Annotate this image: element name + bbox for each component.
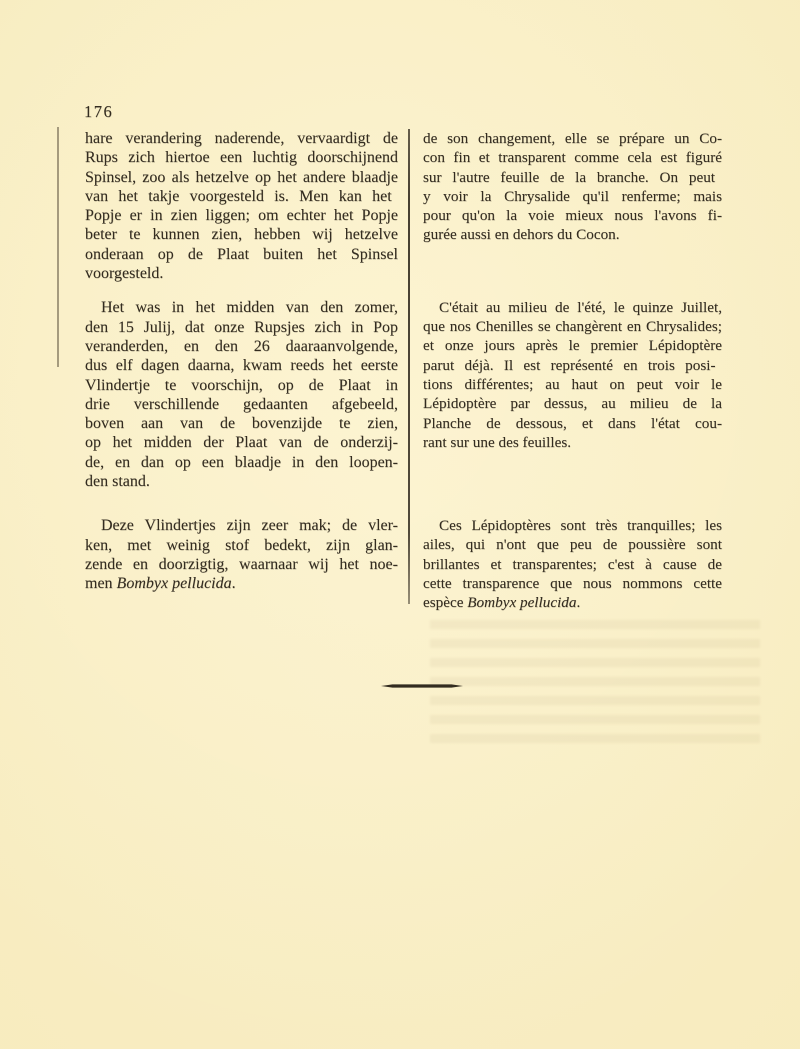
text-line: onderaan op de Plaat buiten het Spinsel [85,245,398,264]
text-segment: y voir la Chrysalide qu'il renferme; mai… [423,188,722,205]
text-line-content: parut déjà. Il est représenté en trois p… [423,356,716,375]
text-line-content: de, en dan op een blaadje in den loopen- [85,453,398,472]
text-line: y voir la Chrysalide qu'il renferme; mai… [423,187,722,206]
text-segment: beter te kunnen zien, hebben wij hetzelv… [85,226,398,243]
text-line-content: sur l'autre feuille de la branche. On pe… [423,168,715,187]
text-segment: boven aan van de bovenzijde te zien, [85,415,398,432]
text-segment: van het takje voorgesteld is. Men kan he… [85,188,392,205]
text-line-content: Spinsel, zoo als hetzelve op het andere … [85,168,398,187]
text-segment: Ces Lépidoptères sont très tranquilles; … [439,517,722,534]
text-line: boven aan van de bovenzijde te zien, [85,414,398,433]
text-line-content: Deze Vlindertjes zijn zeer mak; de vler- [101,516,398,535]
text-line-content: onderaan op de Plaat buiten het Spinsel [85,245,398,264]
text-segment: gurée aussi en dehors du Cocon. [423,226,620,243]
text-line-content: Popje er in zien liggen; om echter het P… [85,206,398,225]
text-segment: Vlindertje te voorschijn, op de Plaat in [85,377,398,394]
text-line: de, en dan op een blaadje in den loopen- [85,453,398,472]
text-line: Ces Lépidoptères sont très tranquilles; … [423,516,722,535]
text-line: gurée aussi en dehors du Cocon. [423,225,722,244]
text-line: Rups zich hiertoe een luchtig doorschijn… [85,148,398,167]
text-segment: con fin et transparent comme cela est fi… [423,149,722,166]
text-segment: espèce [423,594,467,611]
text-segment: tions différentes; au haut on peut voir … [423,376,722,393]
text-line: Planche de dessous, et dans l'état cou- [423,414,722,433]
text-line-content: et onze jours après le premier Lépidoptè… [423,336,722,355]
text-line: beter te kunnen zien, hebben wij hetzelv… [85,225,398,244]
text-segment: C'était au milieu de l'été, le quinze Ju… [439,299,722,316]
text-line-content: brillantes et transparentes; c'est à cau… [423,555,722,574]
text-line: et onze jours après le premier Lépidoptè… [423,336,722,355]
text-line: ken, met weinig stof bedekt, zijn glan- [85,536,398,555]
text-line-content: cette transparence que nous nommons cett… [423,574,722,593]
text-segment: et onze jours après le premier Lépidoptè… [423,337,722,354]
text-line: veranderden, en den 26 daaraanvolgende, [85,337,398,356]
text-line-content: zende en doorzigtig, waarnaar wij het no… [85,555,398,574]
text-segment: de son changement, elle se prépare un Co… [423,130,722,147]
text-line: Popje er in zien liggen; om echter het P… [85,206,398,225]
text-line: sur l'autre feuille de la branche. On pe… [423,168,722,187]
text-segment: Het was in het midden van den zomer, [101,299,398,316]
text-line: op het midden der Plaat van de onderzij- [85,433,398,452]
text-line-content: espèce Bombyx pellucida. [423,593,580,612]
text-segment: men [85,575,117,592]
text-segment: sur l'autre feuille de la branche. On pe… [423,169,715,186]
text-line: Spinsel, zoo als hetzelve op het andere … [85,168,398,187]
text-line-content: Planche de dessous, et dans l'état cou- [423,414,722,433]
paragraph: hare verandering naderende, vervaardigt … [85,129,398,283]
text-segment: rant sur une des feuilles. [423,434,571,451]
french-text-column: de son changement, elle se prépare un Co… [423,129,722,613]
paragraph: Het was in het midden van den zomer,den … [85,298,398,491]
scanned-book-page: 176 hare verandering naderende, vervaard… [0,0,800,1049]
text-line-content: beter te kunnen zien, hebben wij hetzelv… [85,225,398,244]
text-line-content: dus elf dagen daarna, kwam reeds het eer… [85,356,398,375]
text-line-content: boven aan van de bovenzijde te zien, [85,414,398,433]
scan-artifact-line [57,127,59,367]
text-line: den 15 Julij, dat onze Rupsjes zich in P… [85,318,398,337]
text-line: hare verandering naderende, vervaardigt … [85,129,398,148]
text-line: den stand. [85,472,398,491]
species-name-italic: Bombyx pellucida [467,594,576,611]
text-line: parut déjà. Il est représenté en trois p… [423,356,722,375]
text-line: Het was in het midden van den zomer, [85,298,398,317]
text-segment: que nos Chenilles se changèrent en Chrys… [423,318,722,335]
text-line-content: pour qu'on la voie mieux nous l'avons fi… [423,206,722,225]
text-line: espèce Bombyx pellucida. [423,593,722,612]
text-line: tions différentes; au haut on peut voir … [423,375,722,394]
text-line: que nos Chenilles se changèrent en Chrys… [423,317,722,336]
page-number: 176 [84,102,113,122]
text-line-content: drie verschillende gedaanten afgebeeld, [85,395,398,414]
text-segment: Rups zich hiertoe een luchtig doorschijn… [85,149,398,166]
text-segment: onderaan op de Plaat buiten het Spinsel [85,246,398,263]
text-line: cette transparence que nous nommons cett… [423,574,722,593]
text-line-content: voorgesteld. [85,264,163,283]
text-line: drie verschillende gedaanten afgebeeld, [85,395,398,414]
text-line-content: con fin et transparent comme cela est fi… [423,148,722,167]
text-line: ailes, qui n'ont que peu de poussière so… [423,535,722,554]
text-line: van het takje voorgesteld is. Men kan he… [85,187,398,206]
text-segment: Lépidoptère par dessus, au milieu de la [423,395,722,412]
text-line: Lépidoptère par dessus, au milieu de la [423,394,722,413]
text-line-content: op het midden der Plaat van de onderzij- [85,433,398,452]
text-line-content: gurée aussi en dehors du Cocon. [423,225,620,244]
text-segment: pour qu'on la voie mieux nous l'avons fi… [423,207,722,224]
text-line-content: hare verandering naderende, vervaardigt … [85,129,398,148]
text-segment: op het midden der Plaat van de onderzij- [85,434,398,451]
text-segment: drie verschillende gedaanten afgebeeld, [85,396,398,413]
text-line-content: den 15 Julij, dat onze Rupsjes zich in P… [85,318,398,337]
text-line-content: Het was in het midden van den zomer, [101,298,398,317]
text-line-content: ken, met weinig stof bedekt, zijn glan- [85,536,398,555]
text-line-content: ailes, qui n'ont que peu de poussière so… [423,535,722,554]
text-line-content: tions différentes; au haut on peut voir … [423,375,722,394]
text-line: Deze Vlindertjes zijn zeer mak; de vler- [85,516,398,535]
text-line: brillantes et transparentes; c'est à cau… [423,555,722,574]
text-line-content: Ces Lépidoptères sont très tranquilles; … [439,516,722,535]
section-end-rule [381,684,463,688]
text-line: rant sur une des feuilles. [423,433,722,452]
text-line-content: Lépidoptère par dessus, au milieu de la [423,394,722,413]
text-line-content: men Bombyx pellucida. [85,574,236,593]
text-line: pour qu'on la voie mieux nous l'avons fi… [423,206,722,225]
text-segment: Spinsel, zoo als hetzelve op het andere … [85,169,398,186]
text-line: voorgesteld. [85,264,398,283]
text-line-content: C'était au milieu de l'été, le quinze Ju… [439,298,722,317]
species-name-italic: Bombyx pellucida [117,575,232,592]
text-line-content: den stand. [85,472,150,491]
text-segment: hare verandering naderende, vervaardigt … [85,130,398,147]
text-segment: Planche de dessous, et dans l'état cou- [423,415,722,432]
text-line: Vlindertje te voorschijn, op de Plaat in [85,376,398,395]
text-segment: voorgesteld. [85,265,163,282]
text-segment: den stand. [85,473,150,490]
text-line: C'était au milieu de l'été, le quinze Ju… [423,298,722,317]
text-segment: Popje er in zien liggen; om echter het P… [85,207,398,224]
text-segment: ailes, qui n'ont que peu de poussière so… [423,536,722,553]
text-segment: den 15 Julij, dat onze Rupsjes zich in P… [85,319,398,336]
column-divider-rule [408,129,410,604]
reverse-page-show-through [430,620,760,750]
text-segment: parut déjà. Il est représenté en trois p… [423,357,716,374]
text-segment: veranderden, en den 26 daaraanvolgende, [85,338,398,355]
paragraph: de son changement, elle se prépare un Co… [423,129,722,245]
paragraph: Deze Vlindertjes zijn zeer mak; de vler-… [85,516,398,593]
text-line-content: veranderden, en den 26 daaraanvolgende, [85,337,398,356]
text-segment: cette transparence que nous nommons cett… [423,575,722,592]
dutch-text-column: hare verandering naderende, vervaardigt … [85,129,398,594]
text-line: con fin et transparent comme cela est fi… [423,148,722,167]
text-line-content: van het takje voorgesteld is. Men kan he… [85,187,392,206]
text-line: men Bombyx pellucida. [85,574,398,593]
text-segment: Deze Vlindertjes zijn zeer mak; de vler- [101,517,398,534]
text-line-content: que nos Chenilles se changèrent en Chrys… [423,317,722,336]
text-segment: ken, met weinig stof bedekt, zijn glan- [85,537,398,554]
text-segment: dus elf dagen daarna, kwam reeds het eer… [85,357,398,374]
text-line-content: de son changement, elle se prépare un Co… [423,129,722,148]
text-line-content: rant sur une des feuilles. [423,433,571,452]
text-line-content: Vlindertje te voorschijn, op de Plaat in [85,376,398,395]
text-line-content: Rups zich hiertoe een luchtig doorschijn… [85,148,398,167]
text-line: zende en doorzigtig, waarnaar wij het no… [85,555,398,574]
text-line-content: y voir la Chrysalide qu'il renferme; mai… [423,187,722,206]
text-line: de son changement, elle se prépare un Co… [423,129,722,148]
paragraph: C'était au milieu de l'été, le quinze Ju… [423,298,722,452]
text-segment: de, en dan op een blaadje in den loopen- [85,454,398,471]
paragraph: Ces Lépidoptères sont très tranquilles; … [423,516,722,612]
text-segment: brillantes et transparentes; c'est à cau… [423,556,722,573]
text-segment: . [232,575,236,592]
text-line: dus elf dagen daarna, kwam reeds het eer… [85,356,398,375]
text-segment: zende en doorzigtig, waarnaar wij het no… [85,556,398,573]
text-segment: . [577,594,581,611]
